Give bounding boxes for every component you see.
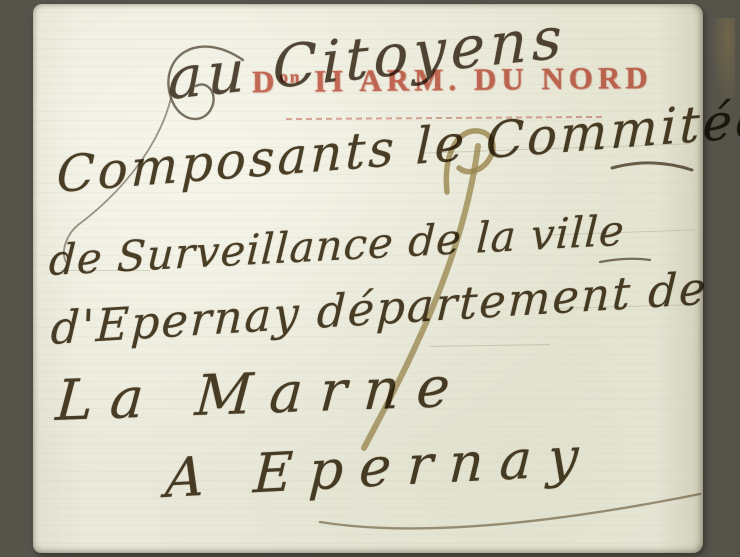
address-line-marne: La Marne bbox=[54, 359, 469, 430]
letter-photo: Don II ARM. DU NORD au Citoyens Composan… bbox=[0, 0, 740, 557]
